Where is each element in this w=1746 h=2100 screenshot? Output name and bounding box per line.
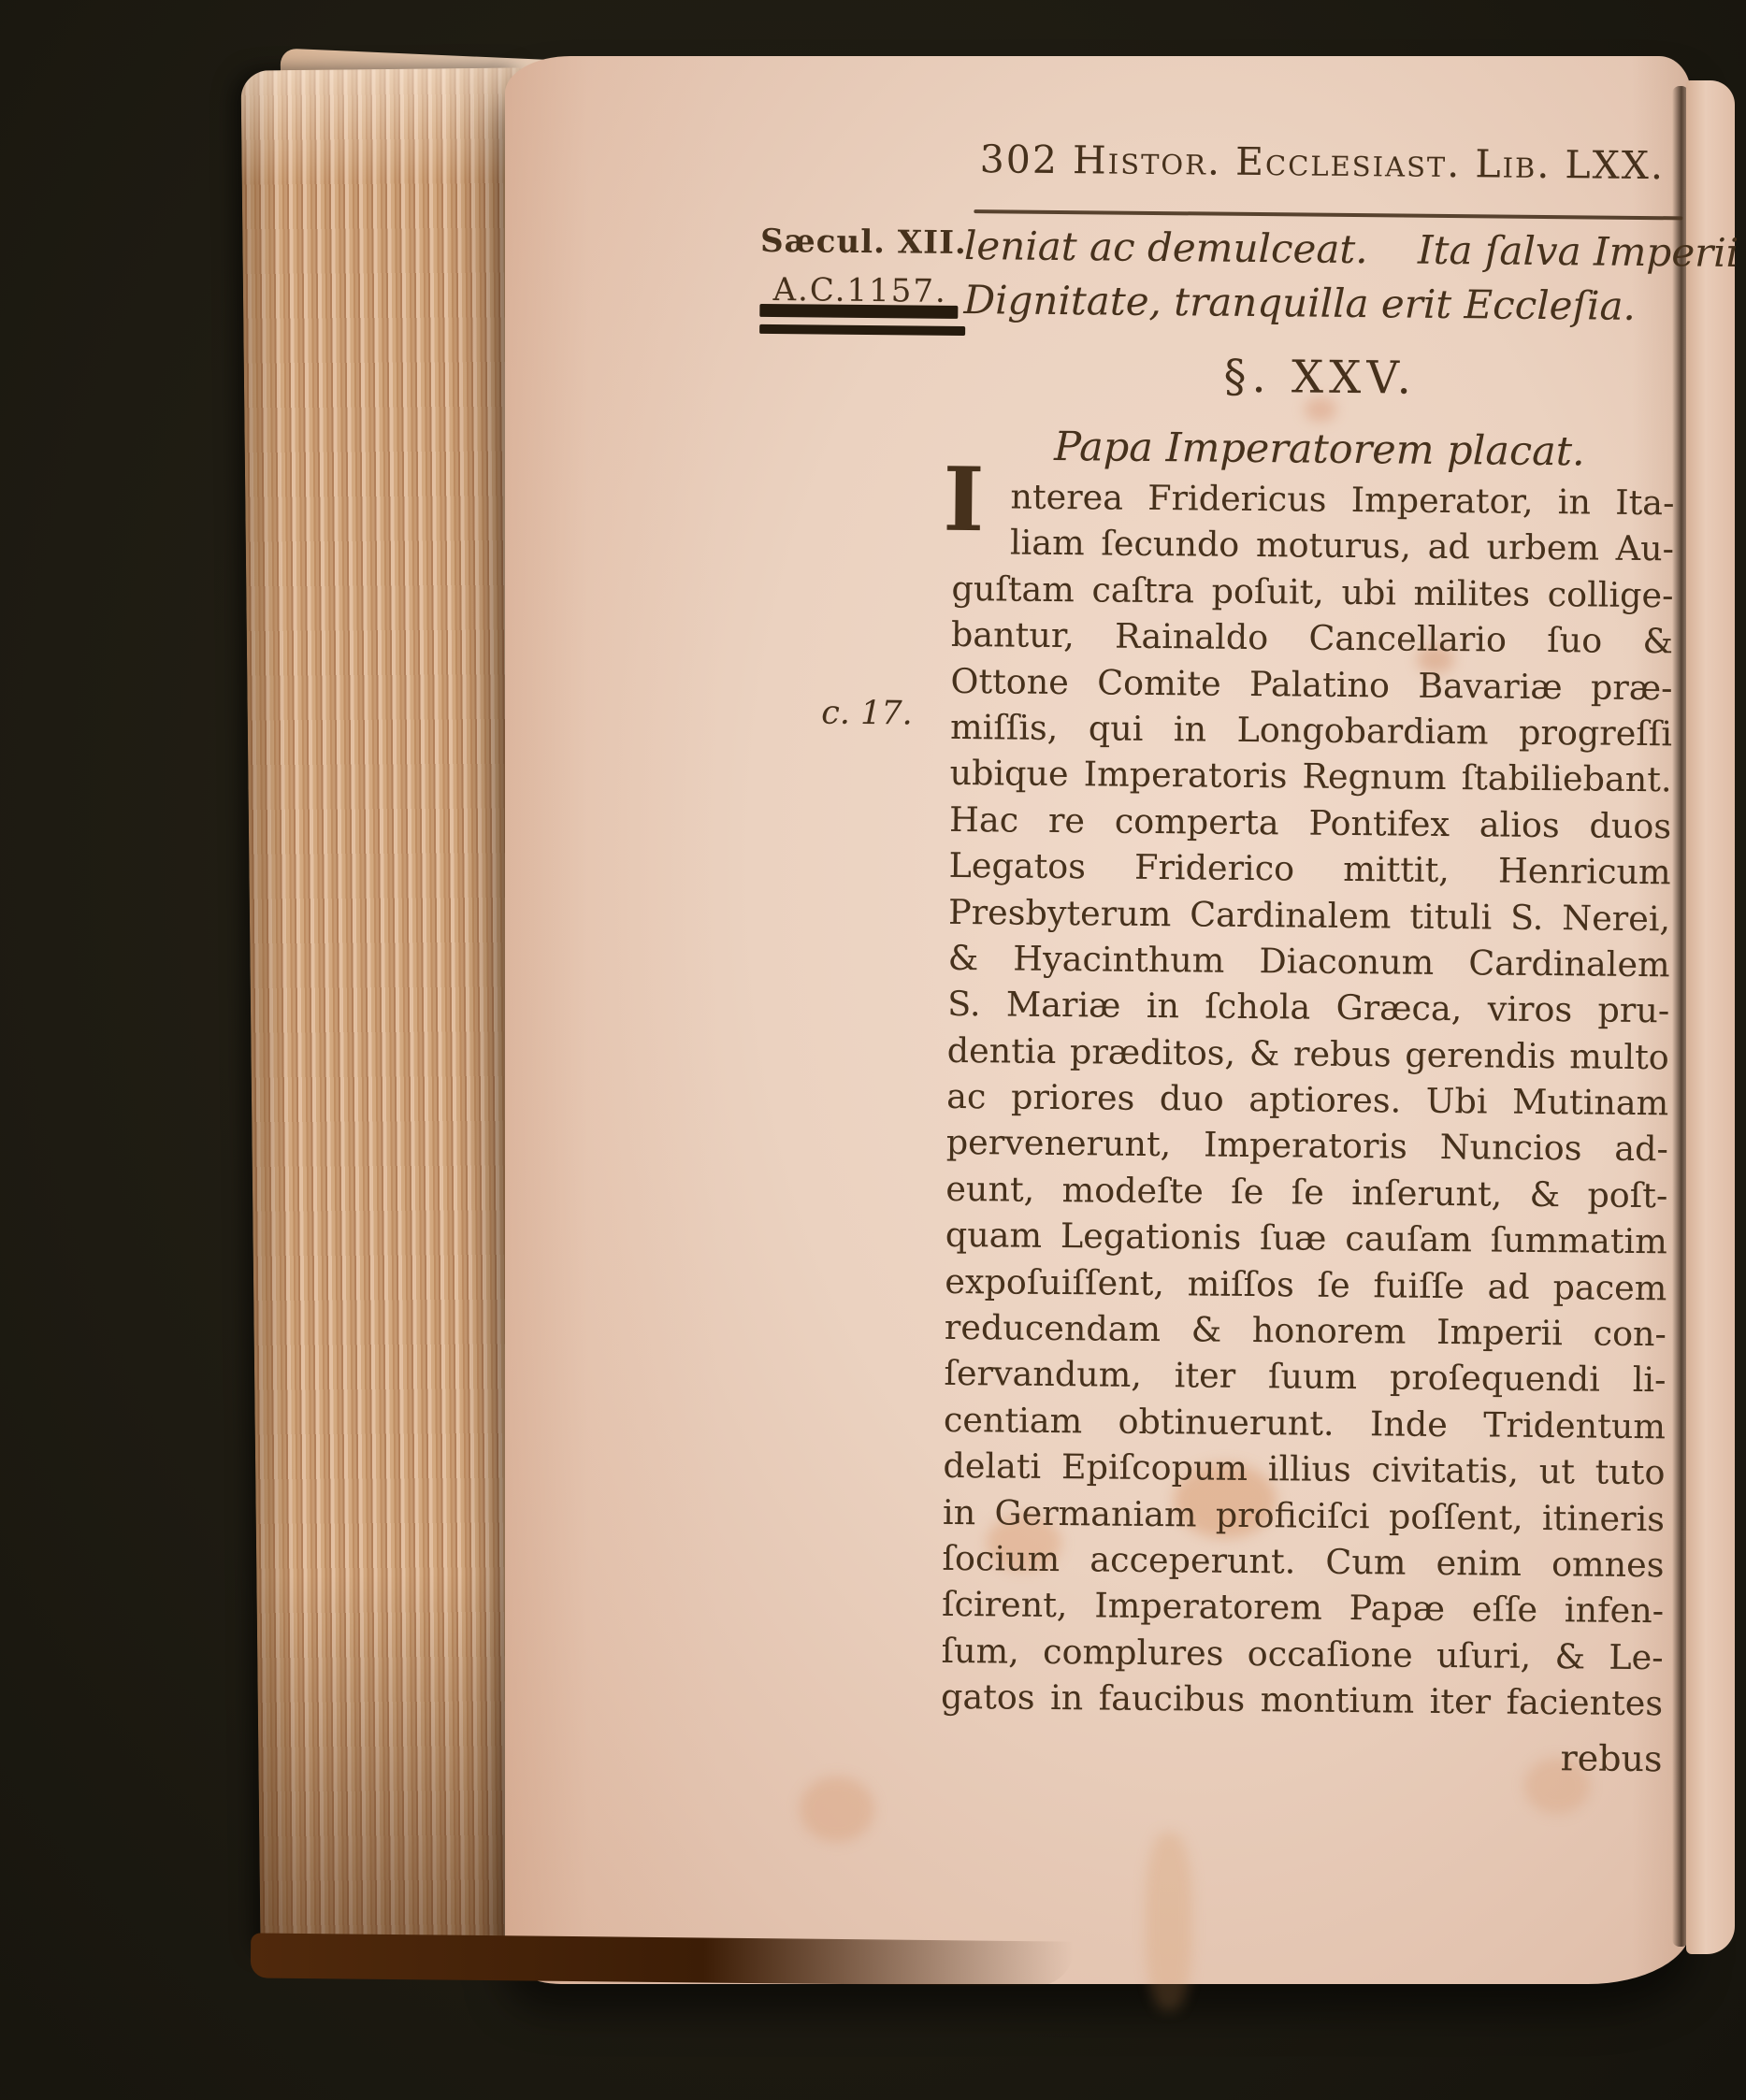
- body-line: delati Epiſcopum illius civitatis, ut tu…: [943, 1443, 1665, 1496]
- body-line: pervenerunt, Imperatoris Nuncios ad-: [946, 1119, 1668, 1172]
- printed-text-layer: 302 Histor. Ecclesiast. Lib. LXX. Sæcul.…: [0, 0, 1746, 2100]
- body-line: dentia præditos, & rebus gerendis multo: [947, 1028, 1669, 1081]
- body-line: Legatos Friderico mittit, Henricum: [948, 842, 1670, 896]
- body-line: guſtam caſtra poſuit, ubi milites collig…: [951, 566, 1673, 619]
- margin-note-chapter: c. 17.: [821, 695, 913, 733]
- body-line: liam ſecundo moturus, ad urbem Au-: [952, 519, 1674, 572]
- catchword: rebus: [940, 1732, 1662, 1779]
- margin-rule-thick: [759, 304, 958, 319]
- body-line: ubique Imperatoris Regnum ſtabiliebant.: [949, 750, 1671, 803]
- body-line: Ottone Comite Palatino Bavariæ præ-: [950, 657, 1672, 711]
- header-rule: [974, 209, 1682, 220]
- body-line: miſſis, qui in Longobardiam progreſſi: [950, 704, 1672, 757]
- body-line: centiam obtinuerunt. Inde Tridentum: [944, 1397, 1666, 1450]
- body-line: S. Mariæ in ſchola Græca, viros pru-: [947, 981, 1669, 1034]
- body-line: Hac re comperta Pontifex alios duos: [949, 797, 1671, 850]
- intro-line-1: leniat ac demulceat. Ita ſalva Imperii: [964, 223, 1739, 276]
- margin-note-saeculum: Sæcul. XII.: [760, 223, 967, 262]
- body-line: ac priores duo aptiores. Ubi Mutinam: [946, 1073, 1668, 1127]
- body-line: expoſuiſſent, miſſos ſe fuiſſe ad pacem: [945, 1259, 1667, 1312]
- section-number: §. XXV.: [959, 348, 1681, 407]
- book-scan: 302 Histor. Ecclesiast. Lib. LXX. Sæcul.…: [0, 0, 1746, 2100]
- body-line: reducendam & honorem Imperii con-: [945, 1304, 1667, 1358]
- body-line: eunt, modeſte ſe ſe inſerunt, & poſt-: [945, 1166, 1667, 1219]
- body-line: bantur, Rainaldo Cancellario ſuo &: [951, 611, 1673, 665]
- body-line: quam Legationis ſuæ cauſam ſummatim: [945, 1212, 1667, 1265]
- running-head: 302 Histor. Ecclesiast. Lib. LXX.: [961, 137, 1683, 188]
- body-line: gatos in faucibus montium iter facientes: [941, 1674, 1663, 1727]
- section-title: Papa Imperatorem placat.: [959, 423, 1681, 476]
- margin-rule-thin: [759, 324, 965, 336]
- body-lines: nterea Fridericus Imperator, in Ita-liam…: [941, 473, 1675, 1727]
- body-line: Presbyterum Cardinalem tituli S. Nerei,: [948, 888, 1670, 942]
- body-line: nterea Fridericus Imperator, in Ita-: [952, 473, 1674, 526]
- intro-line-2: Dignitate, tranquilla erit Eccleſia.: [963, 277, 1636, 329]
- body-line: ſcirent, Imperatorem Papæ eſſe infen-: [942, 1581, 1664, 1634]
- body-line: in Germaniam proficiſci poſſent, itineri…: [943, 1489, 1665, 1542]
- body-line: ſervandum, iter ſuum proſequendi li-: [944, 1350, 1666, 1403]
- body-line: ſocium acceperunt. Cum enim omnes: [942, 1535, 1664, 1589]
- body-line: & Hyacinthum Diaconum Cardinalem: [947, 935, 1669, 988]
- body-line: ſum, complures occaſione uſuri, & Le-: [941, 1628, 1663, 1681]
